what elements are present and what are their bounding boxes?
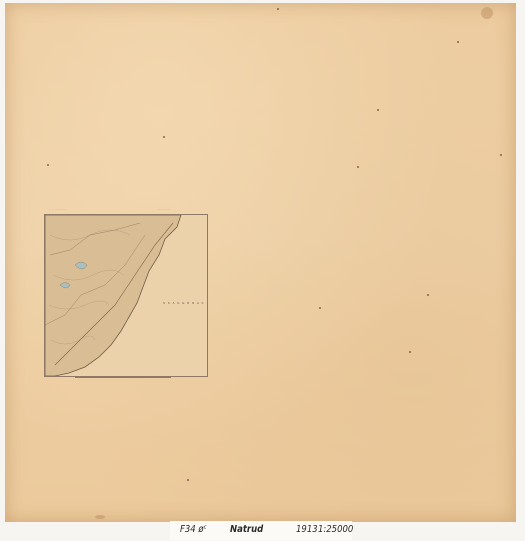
place-marker bbox=[500, 153, 503, 157]
place-marker bbox=[377, 108, 380, 112]
sheet-name: Natrud bbox=[230, 524, 263, 535]
paper-stain bbox=[481, 7, 493, 19]
sea-label: S K A G E R R A K bbox=[163, 301, 205, 305]
coastline-land bbox=[45, 215, 207, 376]
place-marker bbox=[427, 293, 430, 297]
scale-bar bbox=[75, 377, 171, 378]
paper-stain bbox=[95, 515, 105, 519]
sheet-id: F34 øᶜ bbox=[180, 524, 207, 535]
inset-map: ·· ·· ···· ··· ··· ···· ········ S K A G… bbox=[44, 214, 208, 377]
place-marker bbox=[187, 478, 190, 482]
place-marker bbox=[457, 40, 460, 44]
place-marker bbox=[277, 7, 280, 11]
sheet-year: 1913 bbox=[296, 524, 318, 535]
place-marker bbox=[163, 135, 166, 139]
place-marker bbox=[47, 163, 50, 167]
place-marker bbox=[319, 306, 322, 310]
place-marker bbox=[409, 350, 412, 354]
inset-header: ···· ········ bbox=[157, 207, 170, 211]
sheet-scale: 1:25000 bbox=[318, 524, 353, 535]
place-marker bbox=[357, 165, 360, 169]
inset-header: ·· ·· ···· ··· ··· bbox=[49, 207, 66, 211]
